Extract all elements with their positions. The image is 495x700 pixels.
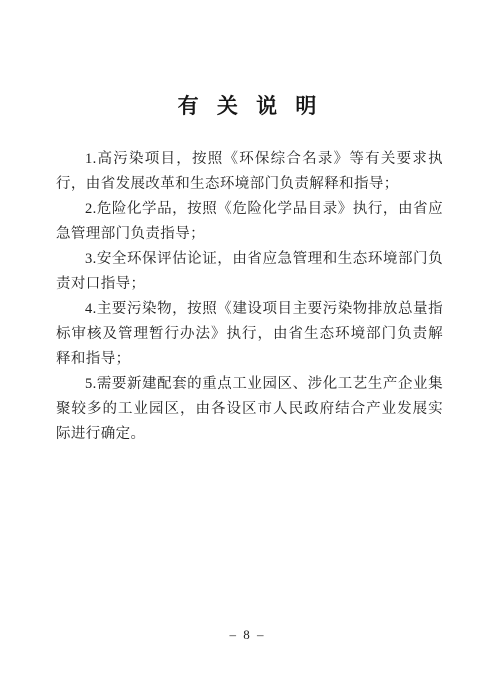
paragraph-2: 2.危险化学品，按照《危险化学品目录》执行，由省应急管理部门负责指导； [56, 197, 443, 247]
document-body: 1.高污染项目，按照《环保综合名录》等有关要求执行，由省发展改革和生态环境部门负… [56, 147, 443, 447]
paragraph-4: 4.主要污染物，按照《建设项目主要污染物排放总量指标审核及管理暂行办法》执行，由… [56, 297, 443, 372]
document-page: 有 关 说 明 1.高污染项目，按照《环保综合名录》等有关要求执行，由省发展改革… [0, 0, 495, 700]
document-title: 有 关 说 明 [0, 90, 495, 120]
paragraph-3: 3.安全环保评估论证，由省应急管理和生态环境部门负责对口指导； [56, 247, 443, 297]
paragraph-5: 5.需要新建配套的重点工业园区、涉化工艺生产企业集聚较多的工业园区，由各设区市人… [56, 372, 443, 447]
page-number: – 8 – [0, 627, 495, 643]
paragraph-1: 1.高污染项目，按照《环保综合名录》等有关要求执行，由省发展改革和生态环境部门负… [56, 147, 443, 197]
